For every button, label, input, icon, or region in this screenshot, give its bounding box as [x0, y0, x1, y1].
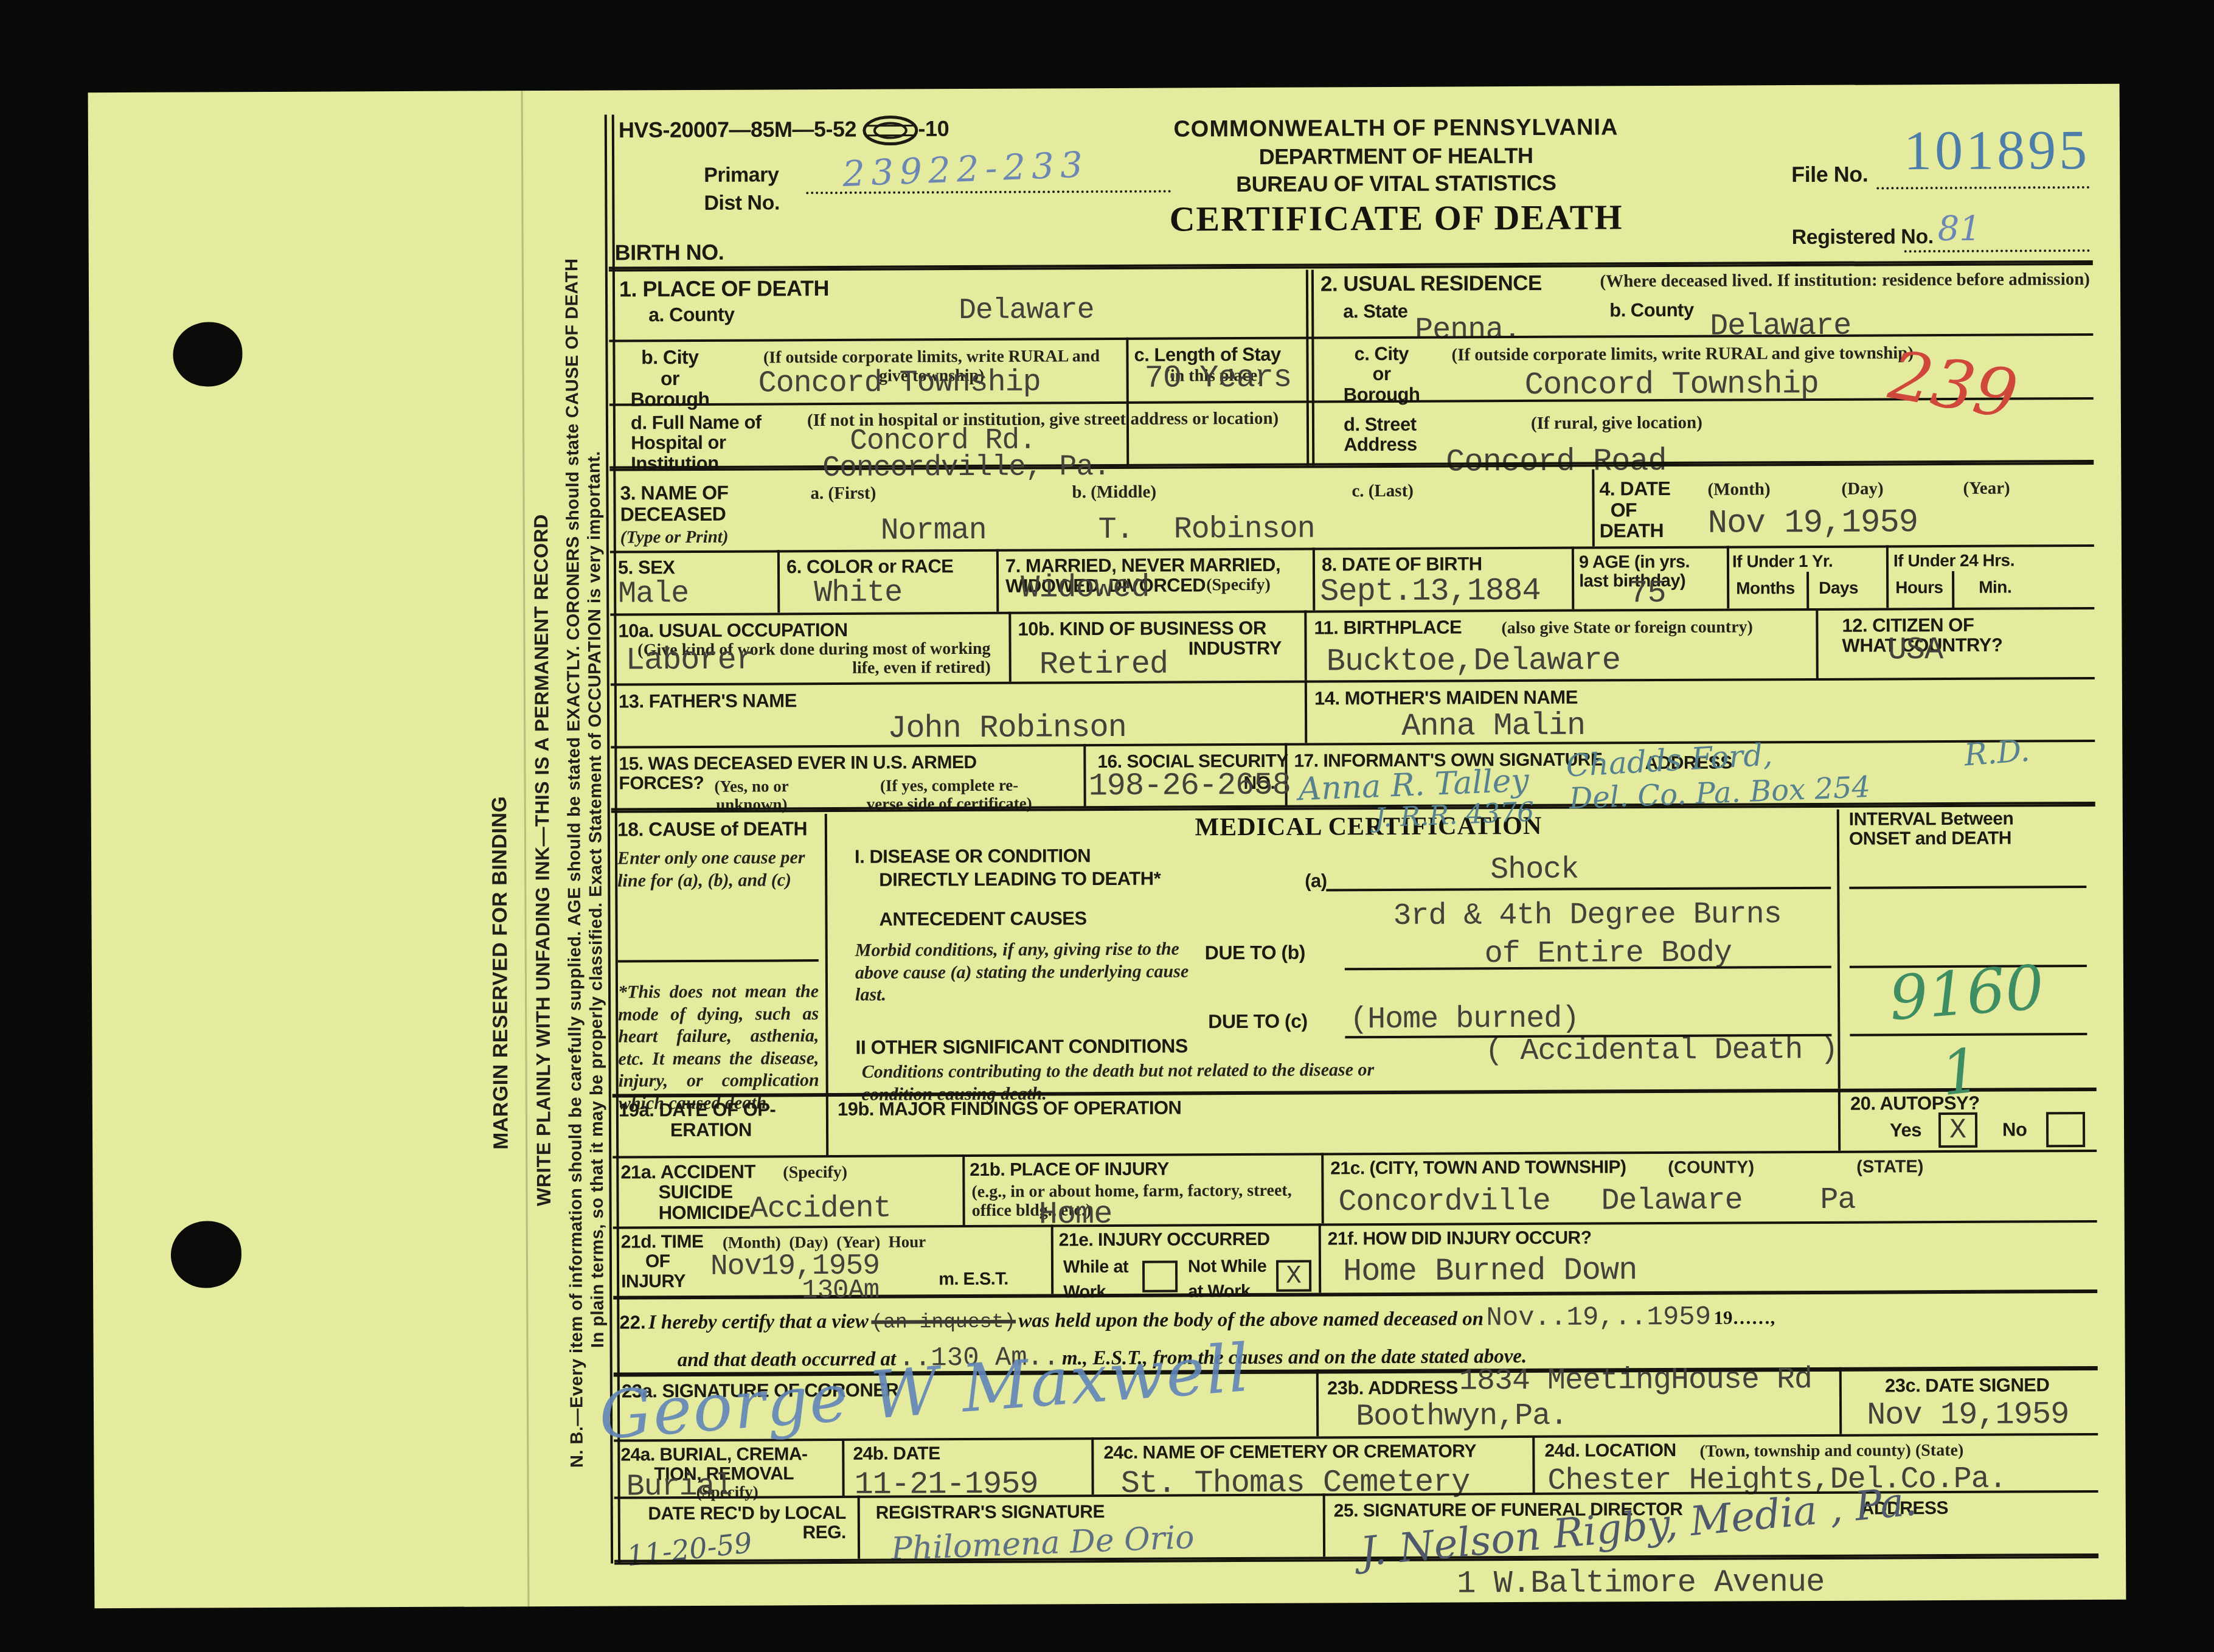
vertical-rule [1886, 545, 1889, 608]
s21d-l3: INJURY [621, 1271, 685, 1291]
s21e-while-checkbox[interactable] [1142, 1261, 1178, 1293]
interval-code1: 9160 [1887, 952, 2046, 1035]
s21b-hint: (e.g., in or about home, farm, factory, … [971, 1181, 1312, 1221]
s21d-suffix: m. E.S.T. [939, 1270, 1008, 1289]
s1d-l1: d. Full Name of [631, 411, 762, 433]
vertical-rule [962, 1154, 965, 1225]
vertical-rule [1126, 338, 1129, 467]
vertical-rule [1313, 548, 1315, 611]
s1d-label: d. Full Name of Hospital or Institution [631, 412, 762, 473]
s22-num: 22. [619, 1311, 645, 1333]
s21d-l1: 21d. TIME [621, 1232, 704, 1252]
horizontal-rule [1326, 887, 1831, 892]
s2a-value: Penna. [1415, 313, 1521, 348]
s3a-label: a. (First) [810, 484, 876, 504]
form-code-suffix: -10 [918, 116, 949, 141]
s19a-label: 19a. DATE OF OP- ERATION [619, 1099, 776, 1140]
s21e-w1a: While at [1063, 1257, 1128, 1277]
vertical-rule [842, 1439, 844, 1496]
vertical-rule [1304, 611, 1307, 681]
s23c-label: 23c. DATE SIGNED [1885, 1375, 2050, 1396]
vertical-rule [826, 1093, 828, 1155]
s1a-label: a. County [648, 304, 734, 325]
file-no-line [1876, 186, 2089, 190]
s21c-v2: Delaware [1601, 1183, 1742, 1218]
s6-value: White [814, 575, 902, 611]
vertical-rule [1839, 1367, 1842, 1434]
s15-h1: (Yes, no or [715, 777, 789, 796]
vertical-rule [1305, 681, 1307, 743]
med-b-value1: 3rd & 4th Degree Burns [1393, 897, 1781, 934]
punch-hole-bottom [171, 1221, 241, 1288]
s21f-label: 21f. HOW DID INJURY OCCUR? [1328, 1229, 1592, 1249]
s20-yes-label: Yes [1890, 1120, 1921, 1140]
s24b-label: 24b. DATE [853, 1444, 940, 1464]
s1b-l1: b. City [641, 346, 698, 368]
vertical-rule [996, 549, 999, 612]
med-i1: I. DISEASE OR CONDITION [855, 845, 1091, 867]
s17-address-rd: R.D. [1963, 733, 2031, 773]
file-no-label: File No. [1791, 163, 1868, 187]
vertical-rule [858, 1496, 860, 1559]
s21d-value2: 130Am [802, 1275, 879, 1307]
s1b-label: b. City or Borough [630, 347, 709, 410]
s21d-label: 21d. TIME OF INJURY [621, 1232, 704, 1292]
s9-hours-label: Hours [1895, 578, 1943, 597]
registered-no-label: Registered No. [1792, 226, 1934, 249]
s21c-v3: Pa [1820, 1183, 1855, 1218]
s23b-label: 23b. ADDRESS [1327, 1377, 1458, 1398]
s21b-label: 21b. PLACE OF INJURY [970, 1160, 1168, 1181]
s19b-label: 19b. MAJOR FINDINGS OF OPERATION [838, 1097, 1182, 1119]
vertical-rule [1592, 469, 1595, 546]
registered-no-line [1904, 249, 2090, 252]
s23b-value2: Boothwyn,Pa. [1356, 1399, 1567, 1435]
s12-value: USA [1887, 632, 1943, 668]
horizontal-rule [610, 544, 2094, 554]
s21d-y: (Year) [836, 1233, 880, 1251]
s21c-city-label: 21c. (CITY, TOWN AND TOWNSHIP) [1330, 1157, 1626, 1179]
file-no-stamp: 101895 [1904, 117, 2090, 182]
s3-first: Norman [881, 513, 987, 549]
s3c-label: c. (Last) [1352, 481, 1414, 501]
s1b-value: Concord Township [758, 365, 1041, 401]
s10a-value: Laborer [626, 642, 755, 679]
s13-value: John Robinson [887, 710, 1126, 747]
s15-h3: (If yes, complete re- [880, 776, 1019, 795]
s5-label: 5. SEX [618, 557, 675, 578]
vertical-rule [1311, 270, 1314, 466]
vertical-rule [1838, 1089, 1841, 1151]
s2b-label: b. County [1609, 300, 1694, 321]
s1d-value2: Concordville, Pa. [822, 451, 1110, 485]
s21d-l2: OF [621, 1252, 670, 1272]
s2-hint: (Where deceased lived. If institution: r… [1573, 269, 2090, 291]
s21e-w2b: at Work [1188, 1282, 1250, 1301]
s21a-l1: 21a. ACCIDENT [620, 1161, 755, 1183]
s4-title: 4. DATE OF DEATH [1599, 478, 1670, 541]
s1b-l3: Borough [631, 388, 710, 411]
s3-last: Robinson [1174, 512, 1315, 547]
s4-t1: 4. DATE [1599, 477, 1670, 500]
s20-yes-checkbox[interactable]: X [1938, 1112, 1977, 1148]
s2a-label: a. State [1343, 301, 1407, 322]
interval-l2: ONSET and DEATH [1849, 828, 2011, 849]
s8-value: Sept.13,1884 [1320, 573, 1541, 610]
s5-value: Male [618, 577, 689, 612]
funeral-home-address: 1 W.Baltimore Avenue [1457, 1564, 1824, 1602]
s24d-label: 24d. LOCATION [1544, 1441, 1676, 1461]
fold-crease [521, 91, 530, 1606]
s4-value: Nov 19,1959 [1708, 504, 1918, 543]
s7-hint: (Specify) [1206, 575, 1271, 595]
horizontal-rule [611, 740, 2095, 749]
vertical-rule [1323, 1493, 1325, 1557]
med-morbid: Morbid conditions, if any, giving rise t… [855, 938, 1196, 1006]
s2c-value: Concord Township [1525, 366, 1819, 403]
vertical-rule [1321, 1153, 1324, 1223]
s9-under1-label: If Under 1 Yr. [1732, 552, 1833, 571]
dist-no-label: Dist No. [704, 191, 780, 215]
s18-title: 18. CAUSE of DEATH [617, 818, 807, 840]
s21e-notwhile-checkbox[interactable]: X [1276, 1260, 1311, 1292]
death-certificate-scan: MARGIN RESERVED FOR BINDING WRITE PLAINL… [0, 0, 2214, 1652]
med-ii: II OTHER SIGNIFICANT CONDITIONS [855, 1035, 1187, 1058]
margin-note-nb: N. B.—Every item of information should b… [562, 259, 588, 1468]
vertical-rule [1532, 1435, 1535, 1493]
s17-signature-line2: J. R.R. 4376 [1374, 796, 1535, 833]
med-a-tag: (a) [1305, 870, 1327, 891]
med-ante: ANTECEDENT CAUSES [879, 908, 1086, 929]
s2d-hint: (If rural, give location) [1531, 413, 1702, 434]
s24a-value: Burial [626, 1470, 732, 1505]
s21a-label: 21a. ACCIDENT SUICIDE HOMICIDE [620, 1162, 755, 1223]
s9-value: 75 [1629, 575, 1666, 611]
s9-min-label: Min. [1979, 578, 2011, 597]
s3-t2: DECEASED [620, 502, 726, 525]
s9-days-label: Days [1819, 579, 1858, 598]
s21c-county-label: (COUNTY) [1668, 1157, 1754, 1178]
s21c-v1: Concordville [1338, 1184, 1550, 1220]
s4-day: (Day) [1841, 479, 1883, 499]
s2b-value: Delaware [1710, 309, 1851, 344]
s13-label: 13. FATHER'S NAME [619, 690, 797, 712]
med-c-tag: DUE TO (c) [1208, 1011, 1307, 1032]
s7-value: Widowed [1021, 570, 1150, 606]
s18-note1: Enter only one cause per line for (a), (… [617, 847, 818, 892]
s21a-l2: SUICIDE [620, 1181, 732, 1203]
s22-year: 19……, [1713, 1307, 1775, 1328]
s10b-l1: 10b. KIND OF BUSINESS OR [1018, 617, 1266, 640]
form-code-text: HVS-20007—85M—5-52 [619, 116, 856, 142]
interval-code2: 1 [1937, 1035, 1983, 1109]
registered-no-value: 81 [1937, 209, 1981, 249]
vertical-rule [1051, 1224, 1053, 1294]
vertical-rule [777, 550, 780, 613]
s2c-l1: c. City [1354, 343, 1409, 364]
s4-t2: OF [1600, 499, 1637, 521]
s15-l2: FORCES? [619, 773, 704, 794]
horizontal-rule [1849, 886, 2086, 889]
certificate-title: CERTIFICATE OF DEATH [1031, 196, 1761, 240]
s21a-l3: HOMICIDE [621, 1202, 751, 1224]
org-bureau: BUREAU OF VITAL STATISTICS [1031, 170, 1761, 197]
s21b-value: Home [1039, 1196, 1112, 1233]
s11-value: Bucktoe,Delaware [1327, 642, 1621, 679]
s21d-h: Hour [889, 1232, 926, 1251]
s4-year: (Year) [1963, 479, 2010, 499]
med-c-value: (Home burned) [1350, 1002, 1579, 1038]
s25a-l1: DATE REC'D by LOCAL [648, 1503, 846, 1524]
s1-title: 1. PLACE OF DEATH [619, 277, 829, 301]
vertical-rule [1008, 612, 1012, 682]
interval-label: INTERVAL Between ONSET and DEATH [1849, 809, 2092, 850]
vertical-rule [1572, 547, 1574, 609]
s2c-l2: or [1372, 363, 1390, 384]
s3-middle: T. [1098, 513, 1134, 547]
margin-note-binding: MARGIN RESERVED FOR BINDING [488, 796, 513, 1150]
s2c-label: c. City or Borough [1343, 344, 1420, 405]
s2d-l1: d. Street [1344, 414, 1417, 436]
s10a-label: 10a. USUAL OCCUPATION [618, 620, 847, 641]
margin-note-plain-terms: In plain terms, so that it may be proper… [585, 451, 608, 1348]
s11-label: 11. BIRTHPLACE [1314, 617, 1462, 638]
horizontal-rule [618, 959, 819, 962]
s21c-state-label: (STATE) [1856, 1157, 1923, 1177]
certificate-paper: MARGIN RESERVED FOR BINDING WRITE PLAINL… [88, 84, 2126, 1609]
s21d-d: (Day) [789, 1233, 828, 1251]
s2d-l2: Address [1344, 434, 1417, 456]
s4-month: (Month) [1707, 479, 1770, 499]
s21d-cols: (Month) (Day) (Year) Hour [723, 1232, 926, 1252]
vertical-rule [1319, 1223, 1321, 1293]
s25b-label: REGISTRAR'S SIGNATURE [876, 1502, 1105, 1523]
horizontal-rule [609, 333, 2093, 342]
s14-label: 14. MOTHER'S MAIDEN NAME [1314, 687, 1578, 709]
s22-struck-inquest: (an inquest) [871, 1311, 1016, 1334]
s21d-m: (Month) [723, 1233, 781, 1251]
primary-label: Primary [704, 163, 779, 187]
vertical-rule [1306, 270, 1309, 466]
s23c-value: Nov 19,1959 [1867, 1397, 2069, 1433]
s21a-hint: (Specify) [783, 1163, 847, 1182]
s21f-value: Home Burned Down [1343, 1252, 1637, 1289]
s22-p1: I hereby certify that a view [648, 1311, 869, 1334]
s20-no-label: No [2002, 1119, 2027, 1140]
vertical-rule [1316, 1369, 1319, 1436]
s1c-value: 70 Years [1145, 360, 1292, 397]
vertical-rule [825, 814, 828, 1093]
margin-note-ink: WRITE PLAINLY WITH UNFADING INK—THIS IS … [530, 514, 555, 1206]
s24d-hint: (Town, township and county) (State) [1699, 1441, 1963, 1461]
s19a-l1: 19a. DATE OF OP- [619, 1098, 776, 1120]
s21e-w2a: Not While [1188, 1257, 1266, 1277]
s21e-w1b: Work [1063, 1282, 1106, 1302]
org-commonwealth: COMMONWEALTH OF PENNSYLVANIA [1031, 114, 1761, 142]
form-code: HVS-20007—85M—5-52 -10 [619, 114, 949, 147]
s1a-value: Delaware [959, 294, 1094, 327]
interval-l1: INTERVAL Between [1849, 808, 2014, 829]
s3-title: 3. NAME OF DECEASED [620, 482, 728, 525]
s3-t1: 3. NAME OF [620, 482, 728, 504]
primary-dist-label: Primary Dist No. [704, 161, 780, 217]
s1d-l2: Hospital or [631, 432, 726, 454]
med-b-tag: DUE TO (b) [1205, 942, 1305, 963]
punch-hole-top [173, 322, 242, 386]
birth-no-label: BIRTH NO. [615, 241, 724, 265]
s20-no-checkbox[interactable] [2046, 1112, 2085, 1147]
vertical-rule [1806, 572, 1809, 608]
s4-t3: DEATH [1600, 519, 1664, 541]
s8-label: 8. DATE OF BIRTH [1322, 554, 1482, 575]
s2-title: 2. USUAL RESIDENCE [1320, 272, 1542, 296]
vertical-rule [1837, 810, 1841, 1089]
s19a-l2: ERATION [619, 1119, 752, 1141]
s3-type-or-print: (Type or Print) [620, 527, 729, 549]
s23b-value1: 1834 MeetingHouse Rd [1459, 1362, 1812, 1399]
org-department: DEPARTMENT OF HEALTH [1031, 143, 1761, 170]
s9-months-label: Months [1736, 579, 1795, 598]
vertical-rule [1727, 546, 1729, 609]
s21e-label: 21e. INJURY OCCURRED [1059, 1230, 1270, 1251]
s6-label: 6. COLOR or RACE [786, 556, 954, 577]
med-ii-value: ( Accidental Death ) [1485, 1033, 1837, 1069]
s22-certify-line1: 22. I hereby certify that a view (an inq… [619, 1300, 2097, 1338]
s1b-l2: or [661, 367, 679, 389]
vertical-rule [1091, 1437, 1094, 1494]
s15-l1: 15. WAS DECEASED EVER IN U.S. ARMED [619, 752, 976, 774]
s22-date: Nov..19,..1959 [1486, 1302, 1711, 1334]
s25a-l2: REG. [802, 1522, 846, 1543]
s16-value: 198-26-2658 [1088, 768, 1291, 804]
s10b-value: Retired [1039, 647, 1168, 683]
union-seal-icon [862, 114, 918, 146]
vertical-rule [1952, 571, 1954, 608]
double-rule [614, 1553, 2098, 1565]
s3b-label: b. (Middle) [1072, 482, 1156, 502]
med-title: MEDICAL CERTIFICATION [973, 810, 1764, 843]
vertical-rule [1816, 608, 1819, 678]
s24c-label: 24c. NAME OF CEMETERY OR CREMATORY [1103, 1442, 1476, 1463]
s21a-value: Accident [749, 1192, 890, 1227]
s9-under24-label: If Under 24 Hrs. [1893, 551, 2014, 570]
med-i2: DIRECTLY LEADING TO DEATH* [879, 869, 1161, 890]
vertical-rule [1083, 744, 1086, 808]
s14-value: Anna Malin [1401, 708, 1585, 744]
s11-hint: (also give State or foreign country) [1501, 617, 1753, 637]
s2d-label: d. Street Address [1344, 414, 1417, 455]
s9-l1: 9 AGE (in yrs. [1579, 552, 1690, 572]
med-a-value: Shock [1490, 853, 1578, 888]
s22-p2: was held upon the body of the above name… [1018, 1308, 1484, 1331]
